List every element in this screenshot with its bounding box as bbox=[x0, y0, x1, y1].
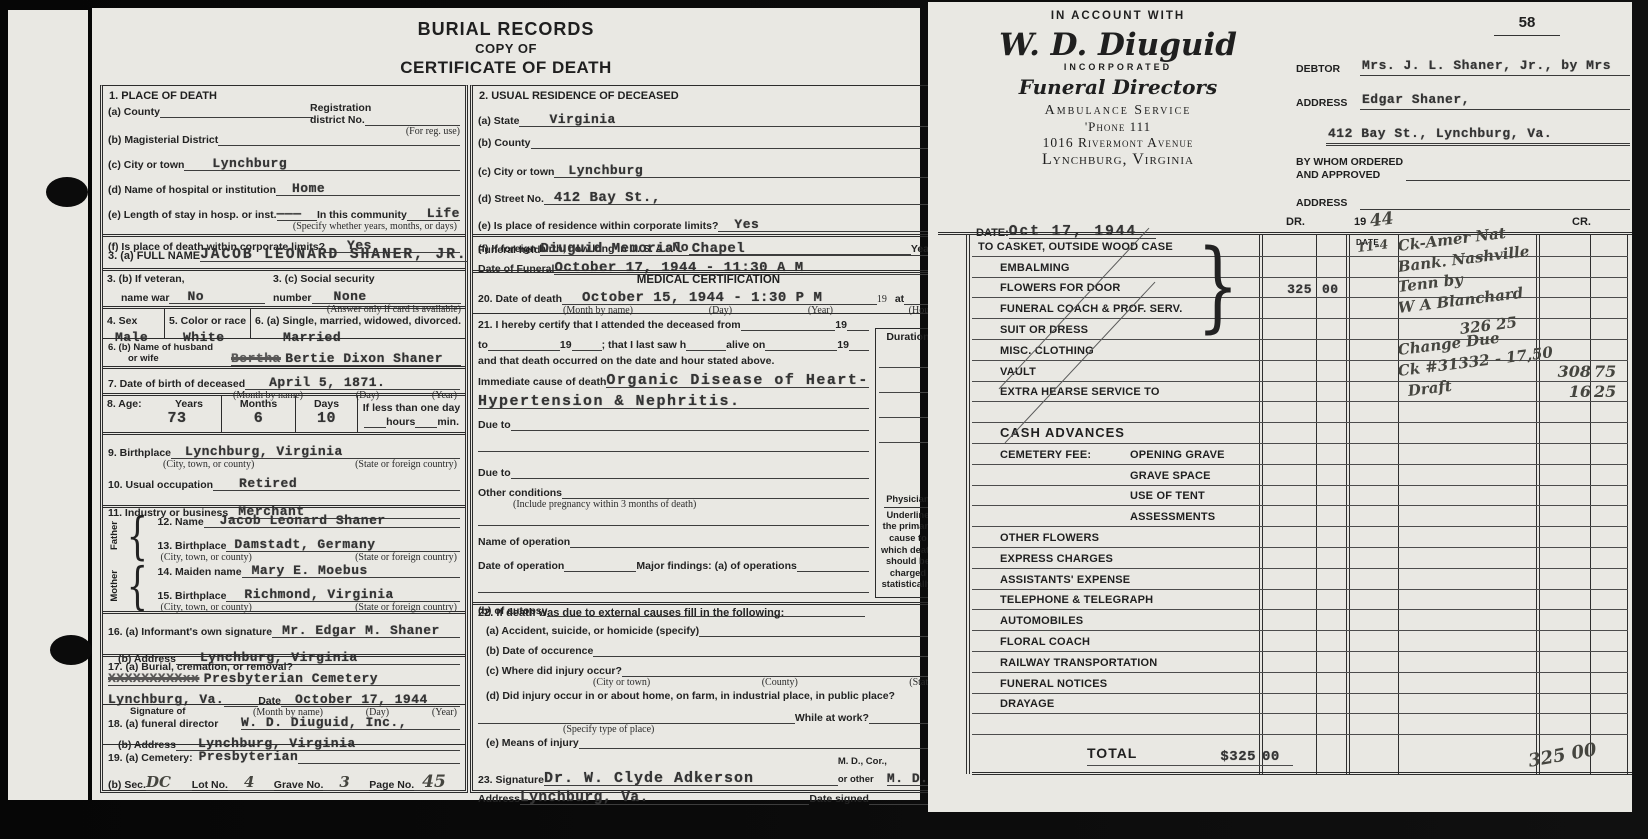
mother-group: Mother { 14. Maiden name Mary E. Moebus … bbox=[109, 561, 465, 611]
ledger-row bbox=[972, 714, 1628, 735]
field-birthplace: 9. Birthplace Lynchburg, Virginia bbox=[103, 440, 465, 459]
entry-note bbox=[1399, 610, 1539, 631]
dr-cents bbox=[1317, 236, 1349, 257]
cr-dollars: 308 bbox=[1539, 361, 1591, 382]
cr-dollars bbox=[1539, 402, 1591, 423]
entry-note bbox=[1399, 652, 1539, 673]
father-brace: { bbox=[127, 511, 148, 561]
ledger-row: SUIT OR DRESS326 25 bbox=[972, 319, 1628, 340]
dr-cents bbox=[1317, 319, 1349, 340]
cr-cents bbox=[1591, 402, 1628, 423]
medical-certification-title: MEDICAL CERTIFICATION bbox=[473, 273, 944, 286]
cr-cents bbox=[1591, 257, 1628, 278]
section-funeral-held: Funeral held Diuguid Memorial Chapel Dat… bbox=[473, 234, 944, 270]
ledger-item-label: ASSESSMENTS bbox=[972, 506, 1262, 527]
dr-cents bbox=[1317, 340, 1349, 361]
dr-cents bbox=[1317, 402, 1349, 423]
ledger-item-label: DRAYAGE bbox=[972, 694, 1262, 715]
mother-brace: { bbox=[127, 561, 148, 611]
dr-cents bbox=[1317, 506, 1349, 527]
field-marital-status: 6. (a) Single, married, widowed, divorce… bbox=[250, 309, 465, 338]
cr-cents bbox=[1591, 465, 1628, 486]
cr-dollars bbox=[1539, 714, 1591, 735]
entry-date bbox=[1349, 465, 1399, 486]
ledger-row: FLOWERS FOR DOOR32500Tenn by bbox=[972, 278, 1628, 299]
dr-cents bbox=[1317, 257, 1349, 278]
cr-dollars bbox=[1539, 590, 1591, 611]
ledger-item-label: FLORAL COACH bbox=[972, 631, 1262, 652]
debtor-address-2: 412 Bay St., Lynchburg, Va. bbox=[1296, 124, 1630, 146]
ledger-item-label: USE OF TENT bbox=[972, 486, 1262, 507]
dr-cents bbox=[1317, 486, 1349, 507]
dr-dollars bbox=[1262, 319, 1317, 340]
entry-date bbox=[1349, 340, 1399, 361]
entry-date bbox=[1349, 506, 1399, 527]
entry-date bbox=[1349, 278, 1399, 299]
debtor-address-1: ADDRESS Edgar Shaner, bbox=[1296, 90, 1630, 110]
dr-dollars bbox=[1262, 257, 1317, 278]
entry-date bbox=[1349, 548, 1399, 569]
cr-cents bbox=[1591, 569, 1628, 590]
field-age-years: 8. Age: Years 73 bbox=[103, 396, 221, 432]
entry-note bbox=[1399, 465, 1539, 486]
cr-cents bbox=[1591, 298, 1628, 319]
ledger-row: EXPRESS CHARGES bbox=[972, 548, 1628, 569]
entry-date bbox=[1349, 527, 1399, 548]
ledger-row: TELEPHONE & TELEGRAPH bbox=[972, 590, 1628, 611]
section-external-causes: 22. If death was due to external causes … bbox=[473, 602, 944, 793]
entry-note bbox=[1399, 423, 1539, 444]
dr-cents bbox=[1317, 527, 1349, 548]
year-label: 19 bbox=[1354, 216, 1366, 228]
dr-dollars bbox=[1262, 423, 1317, 444]
ledger-item-label: CEMETERY FEE:OPENING GRAVE bbox=[972, 444, 1262, 465]
entry-date bbox=[1349, 610, 1399, 631]
dr-cents bbox=[1317, 423, 1349, 444]
dr-column-label: DR. bbox=[1286, 216, 1305, 228]
entry-date bbox=[1349, 486, 1399, 507]
cr-cents: 75 bbox=[1591, 361, 1628, 382]
physician-signature: 23. Signature Dr. W. Clyde Adkerson M. D… bbox=[473, 751, 944, 786]
cr-dollars bbox=[1539, 278, 1591, 299]
cr-cents bbox=[1591, 590, 1628, 611]
section-residence: 2. USUAL RESIDENCE OF DECEASED (a) State… bbox=[473, 86, 944, 234]
dr-cents bbox=[1317, 361, 1349, 382]
cr-cents: 25 bbox=[1591, 382, 1628, 403]
ledger-row: CASH ADVANCES bbox=[972, 423, 1628, 444]
account-number: 58 bbox=[1494, 14, 1560, 36]
field-race: 5. Color or race White bbox=[164, 309, 250, 338]
certificate-left-column: 1. PLACE OF DEATH Registration district … bbox=[100, 85, 468, 793]
cr-cents bbox=[1591, 548, 1628, 569]
section-cemetery: 19. (a) Cemetery: Presbyterian (b) Sec. … bbox=[103, 744, 465, 790]
ledger-item-label: EXPRESS CHARGES bbox=[972, 548, 1262, 569]
dr-dollars bbox=[1262, 444, 1317, 465]
cr-cents bbox=[1591, 506, 1628, 527]
total-cr-handwritten: 325 00 bbox=[1527, 739, 1598, 772]
field-veteran: 3. (b) If veteran, name war No bbox=[103, 271, 269, 306]
ledger-row: FLORAL COACH bbox=[972, 631, 1628, 652]
ledger-row: RAILWAY TRANSPORTATION bbox=[972, 652, 1628, 673]
ledger-item-label: AUTOMOBILES bbox=[972, 610, 1262, 631]
dr-dollars bbox=[1262, 631, 1317, 652]
entry-date bbox=[1349, 652, 1399, 673]
ledger-row: USE OF TENT bbox=[972, 486, 1628, 507]
ledger-row: FUNERAL COACH & PROF. SERV.W A Blanchard bbox=[972, 298, 1628, 319]
ledger-item-label: FUNERAL NOTICES bbox=[972, 673, 1262, 694]
hole-punch-bottom bbox=[50, 635, 92, 665]
section-birthplace-occupation: 9. Birthplace Lynchburg, Virginia (City,… bbox=[103, 432, 465, 505]
page-title: BURIAL RECORDS bbox=[92, 18, 920, 41]
entry-date bbox=[1349, 382, 1399, 403]
cr-dollars bbox=[1539, 673, 1591, 694]
section-informant: 16. (a) Informant's own signature Mr. Ed… bbox=[103, 611, 465, 654]
entry-note bbox=[1399, 548, 1539, 569]
entry-note bbox=[1399, 673, 1539, 694]
cr-dollars bbox=[1539, 257, 1591, 278]
cr-cents bbox=[1591, 486, 1628, 507]
cr-cents bbox=[1591, 423, 1628, 444]
cr-dollars bbox=[1539, 506, 1591, 527]
dr-dollars bbox=[1262, 236, 1317, 257]
ledger-row: ASSESSMENTS bbox=[972, 506, 1628, 527]
entry-note: Ck #31332 - 17,50 bbox=[1399, 361, 1539, 382]
cr-dollars: 16 bbox=[1539, 382, 1591, 403]
entry-note bbox=[1399, 714, 1539, 735]
section-funeral-director: Signature of 18. (a) funeral director W.… bbox=[103, 704, 465, 744]
dr-dollars bbox=[1262, 361, 1317, 382]
cr-dollars bbox=[1539, 319, 1591, 340]
field-county: (a) County bbox=[103, 106, 318, 118]
entry-note bbox=[1399, 590, 1539, 611]
field-ssn: 3. (c) Social security number None (Answ… bbox=[269, 271, 465, 306]
cr-cents bbox=[1591, 673, 1628, 694]
cr-dollars bbox=[1539, 298, 1591, 319]
entry-date bbox=[1349, 402, 1399, 423]
dr-cents bbox=[1317, 465, 1349, 486]
cr-cents bbox=[1591, 278, 1628, 299]
entry-note bbox=[1399, 506, 1539, 527]
total-row: TOTAL $325 00 325 00 bbox=[972, 740, 1628, 766]
dr-dollars bbox=[1262, 298, 1317, 319]
section-sex-race-marital: 4. Sex Male 5. Color or race White 6. (a… bbox=[103, 306, 465, 338]
dr-dollars bbox=[1262, 465, 1317, 486]
ledger-item-label: RAILWAY TRANSPORTATION bbox=[972, 652, 1262, 673]
field-hospital: (d) Name of hospital or institution Home bbox=[103, 177, 465, 196]
field-occupation: 10. Usual occupation Retired bbox=[103, 472, 465, 491]
cr-dollars bbox=[1539, 569, 1591, 590]
cr-cents bbox=[1591, 714, 1628, 735]
dr-dollars bbox=[1262, 382, 1317, 403]
ledger-row: CEMETERY FEE:OPENING GRAVE bbox=[972, 444, 1628, 465]
cr-dollars bbox=[1539, 652, 1591, 673]
entry-date bbox=[1349, 569, 1399, 590]
cr-dollars bbox=[1539, 423, 1591, 444]
certificate-header: BURIAL RECORDS COPY OF CERTIFICATE OF DE… bbox=[92, 18, 920, 78]
dr-cents: 00 bbox=[1317, 278, 1349, 299]
cr-cents bbox=[1591, 610, 1628, 631]
section-date-of-death: MEDICAL CERTIFICATION 20. Date of death … bbox=[473, 270, 944, 313]
section-full-name: 3. (a) FULL NAME JACOB LEONARD SHANER, J… bbox=[103, 234, 465, 268]
entry-date bbox=[1349, 298, 1399, 319]
cr-dollars bbox=[1539, 236, 1591, 257]
entry-note bbox=[1399, 631, 1539, 652]
dr-cents bbox=[1317, 298, 1349, 319]
dr-cents bbox=[1317, 673, 1349, 694]
dr-dollars bbox=[1262, 402, 1317, 423]
section-parents: Father { 12. Name Jacob Leonard Shaner 1… bbox=[103, 505, 465, 611]
cr-dollars bbox=[1539, 694, 1591, 715]
dr-cents bbox=[1317, 382, 1349, 403]
father-group: Father { 12. Name Jacob Leonard Shaner 1… bbox=[109, 511, 465, 561]
scanned-burial-record: BURIAL RECORDS COPY OF CERTIFICATE OF DE… bbox=[0, 0, 1648, 839]
certificate-form: 1. PLACE OF DEATH Registration district … bbox=[100, 85, 910, 793]
certificate-page: BURIAL RECORDS COPY OF CERTIFICATE OF DE… bbox=[92, 8, 920, 800]
ledger-row: EXTRA HEARSE SERVICE TODraft1625 bbox=[972, 382, 1628, 403]
dr-dollars bbox=[1262, 569, 1317, 590]
entry-date bbox=[1349, 714, 1399, 735]
cr-dollars bbox=[1539, 548, 1591, 569]
dr-cents bbox=[1317, 590, 1349, 611]
ledger-item-label: TELEPHONE & TELEGRAPH bbox=[972, 590, 1262, 611]
cr-cents bbox=[1591, 319, 1628, 340]
cr-dollars bbox=[1539, 465, 1591, 486]
field-age-hours: If less than one day hours min. bbox=[357, 396, 465, 432]
cr-cents bbox=[1591, 444, 1628, 465]
entry-note: Draft bbox=[1399, 382, 1539, 403]
ledger-row: DRAYAGE bbox=[972, 694, 1628, 715]
total-label: TOTAL bbox=[1087, 740, 1203, 766]
company-name: W. D. Diuguid bbox=[966, 28, 1270, 62]
dr-cents bbox=[1317, 694, 1349, 715]
ordered-address: ADDRESS bbox=[1296, 197, 1630, 210]
ordered-by: BY WHOM ORDERED AND APPROVED bbox=[1296, 156, 1630, 181]
ledger-row: GRAVE SPACE bbox=[972, 465, 1628, 486]
entry-date bbox=[1349, 694, 1399, 715]
dr-dollars bbox=[1262, 673, 1317, 694]
dr-cents bbox=[1317, 610, 1349, 631]
ledger-row: AUTOMOBILES bbox=[972, 610, 1628, 631]
dr-cents bbox=[1317, 631, 1349, 652]
entry-date bbox=[1349, 673, 1399, 694]
entry-note: W A Blanchard bbox=[1399, 298, 1539, 319]
cr-dollars bbox=[1539, 444, 1591, 465]
entry-date bbox=[1349, 631, 1399, 652]
entry-note bbox=[1399, 402, 1539, 423]
debtor-block: DEBTOR Mrs. J. L. Shaner, Jr., by Mrs AD… bbox=[1296, 42, 1630, 210]
field-sex: 4. Sex Male bbox=[103, 309, 164, 338]
entry-note bbox=[1399, 444, 1539, 465]
ledger-item-label: GRAVE SPACE bbox=[972, 465, 1262, 486]
entry-date: 11-4 bbox=[1349, 236, 1399, 257]
ledger-item-label: OTHER FLOWERS bbox=[972, 527, 1262, 548]
ledger-item-label: CASH ADVANCES bbox=[972, 423, 1262, 444]
dr-dollars bbox=[1262, 714, 1317, 735]
dr-cents bbox=[1317, 548, 1349, 569]
funeral-home-letterhead: IN ACCOUNT WITH W. D. Diuguid INCORPORAT… bbox=[966, 10, 1270, 169]
dr-dollars: 325 bbox=[1262, 278, 1317, 299]
ledger-row: OTHER FLOWERS bbox=[972, 527, 1628, 548]
dr-dollars bbox=[1262, 340, 1317, 361]
entry-date bbox=[1349, 444, 1399, 465]
dr-dollars bbox=[1262, 548, 1317, 569]
dr-dollars bbox=[1262, 610, 1317, 631]
registration-district: Registration district No. (For reg. use) bbox=[310, 102, 460, 137]
cr-dollars bbox=[1539, 610, 1591, 631]
cr-cents bbox=[1591, 340, 1628, 361]
section-veteran-ssn: 3. (b) If veteran, name war No 3. (c) So… bbox=[103, 268, 465, 306]
entry-date bbox=[1349, 361, 1399, 382]
field-length-of-stay: (e) Length of stay in hosp. or inst. ———… bbox=[103, 202, 465, 221]
year-handwritten: 44 bbox=[1369, 208, 1395, 231]
debtor-name: DEBTOR Mrs. J. L. Shaner, Jr., by Mrs bbox=[1296, 56, 1630, 76]
dr-dollars bbox=[1262, 694, 1317, 715]
dr-cents bbox=[1317, 714, 1349, 735]
hole-punch-top bbox=[46, 177, 88, 207]
dr-dollars bbox=[1262, 652, 1317, 673]
dr-dollars bbox=[1262, 506, 1317, 527]
ledger-item-label bbox=[972, 402, 1262, 423]
ledger-row: EMBALMINGBank. Nashville bbox=[972, 257, 1628, 278]
dr-cents bbox=[1317, 444, 1349, 465]
cr-cents bbox=[1591, 652, 1628, 673]
section-date-of-birth: 7. Date of birth of deceased April 5, 18… bbox=[103, 366, 465, 393]
ledger-row: FUNERAL NOTICES bbox=[972, 673, 1628, 694]
field-age-days: Days 10 bbox=[295, 396, 357, 432]
total-dr-dollars: $325 bbox=[1220, 749, 1256, 765]
field-city-or-town: (c) City or town Lynchburg bbox=[103, 152, 465, 171]
section-burial: 17. (a) Burial, cremation, or removal? X… bbox=[103, 654, 465, 704]
entry-date bbox=[1349, 423, 1399, 444]
ledger-item-label bbox=[972, 714, 1262, 735]
entry-note bbox=[1399, 527, 1539, 548]
entry-note bbox=[1399, 694, 1539, 715]
entry-note bbox=[1399, 569, 1539, 590]
dr-dollars bbox=[1262, 590, 1317, 611]
field-age-months: Months 6 bbox=[221, 396, 295, 432]
ledger-item-label: ASSISTANTS' EXPENSE bbox=[972, 569, 1262, 590]
ledger-item-label: EXTRA HEARSE SERVICE TO bbox=[972, 382, 1262, 403]
dr-cents bbox=[1317, 569, 1349, 590]
section-place-of-death: 1. PLACE OF DEATH Registration district … bbox=[103, 86, 465, 234]
cr-dollars bbox=[1539, 486, 1591, 507]
dr-dollars bbox=[1262, 486, 1317, 507]
entry-date bbox=[1349, 319, 1399, 340]
cr-cents bbox=[1591, 694, 1628, 715]
cr-dollars bbox=[1539, 527, 1591, 548]
punched-margin-strip bbox=[8, 10, 88, 800]
ledger-row bbox=[972, 402, 1628, 423]
entry-date bbox=[1349, 257, 1399, 278]
cr-cents bbox=[1591, 631, 1628, 652]
dr-dollars bbox=[1262, 527, 1317, 548]
cr-column-label: CR. bbox=[1572, 216, 1591, 228]
grouping-brace: } bbox=[1197, 238, 1239, 337]
account-ledger-page: IN ACCOUNT WITH W. D. Diuguid INCORPORAT… bbox=[928, 2, 1632, 812]
cr-dollars bbox=[1539, 631, 1591, 652]
section-spouse: 6. (b) Name of husband or wife Bertha Be… bbox=[103, 338, 465, 365]
entry-date bbox=[1349, 590, 1399, 611]
entry-note bbox=[1399, 486, 1539, 507]
cr-cents bbox=[1591, 527, 1628, 548]
ledger-row: ASSISTANTS' EXPENSE bbox=[972, 569, 1628, 590]
cr-cents bbox=[1591, 236, 1628, 257]
section-certification: Duration Physician Underline the primary… bbox=[473, 313, 944, 602]
dr-cents bbox=[1317, 652, 1349, 673]
certificate-right-column: 2. USUAL RESIDENCE OF DECEASED (a) State… bbox=[470, 85, 947, 793]
total-dr-cents: 00 bbox=[1262, 749, 1280, 765]
section-age: 8. Age: Years 73 Months 6 Days 10 bbox=[103, 393, 465, 432]
